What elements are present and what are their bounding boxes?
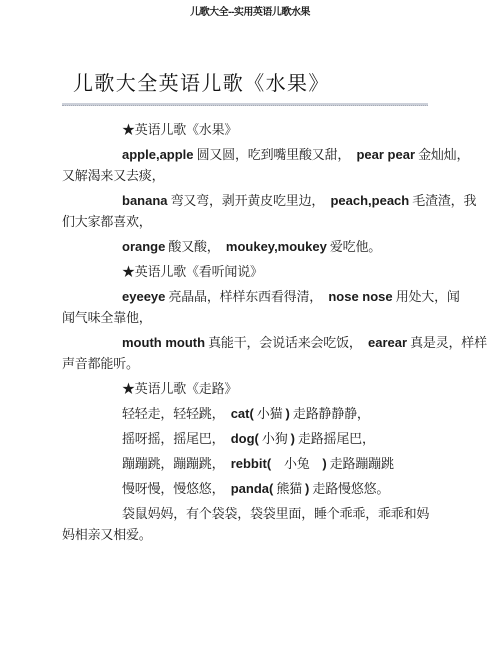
chinese-text-segment: 蹦蹦跳，蹦蹦跳， <box>122 456 231 471</box>
text-line: ★英语儿歌《走路》 <box>62 378 438 399</box>
chinese-text-segment: 又解渴来又去痰， <box>62 168 164 183</box>
english-text-segment: apple,apple <box>122 147 194 162</box>
chinese-text-segment: 毛渣渣，我 <box>409 193 476 208</box>
paragraph: 蹦蹦跳，蹦蹦跳， rebbit( 小兔 ) 走路蹦蹦跳 <box>62 453 438 474</box>
chinese-text-segment: 金灿灿， <box>415 147 469 162</box>
chinese-text-segment: 熊猫 <box>273 481 305 496</box>
title-rule <box>62 103 428 106</box>
chinese-text-segment: 真是灵，样样 <box>407 335 487 350</box>
english-text-segment: moukey,moukey <box>226 239 327 254</box>
text-line: 摇呀摇，摇尾巴， dog( 小狗 ) 走路摇尾巴， <box>62 428 438 449</box>
chinese-text-segment: 声音都能听。 <box>62 356 139 371</box>
chinese-text-segment: 小猫 <box>254 406 286 421</box>
paragraph: mouth mouth 真能干，会说话来会吃饭， earear 真是灵，样样声音… <box>62 332 438 374</box>
chinese-text-segment: 走路摇尾巴， <box>295 431 375 446</box>
paragraph: banana 弯又弯，剥开黄皮吃里边， peach,peach 毛渣渣，我们大家… <box>62 190 438 232</box>
text-line: 们大家都喜欢， <box>62 211 438 232</box>
text-line: 又解渴来又去痰， <box>62 165 438 186</box>
chinese-text-segment: 圆又圆，吃到嘴里酸又甜， <box>194 147 357 162</box>
english-text-segment: mouth mouth <box>122 335 205 350</box>
text-line: 闻气味全靠他， <box>62 307 438 328</box>
doc-header: 儿歌大全--实用英语儿歌水果 <box>0 0 500 18</box>
chinese-text-segment: 走路蹦蹦跳 <box>327 456 394 471</box>
chinese-text-segment: ★英语儿歌《水果》 <box>122 122 237 137</box>
chinese-text-segment: 走路慢悠悠。 <box>309 481 389 496</box>
paragraph: 袋鼠妈妈，有个袋袋，袋袋里面，睡个乖乖，乖乖和妈妈相亲又相爱。 <box>62 503 438 545</box>
document-body: ★英语儿歌《水果》apple,apple 圆又圆，吃到嘴里酸又甜， pear p… <box>62 119 438 545</box>
chinese-text-segment: 慢呀慢，慢悠悠， <box>122 481 231 496</box>
text-line: ★英语儿歌《水果》 <box>62 119 438 140</box>
paragraph: eyeeye 亮晶晶，样样东西看得清， nose nose 用处大，闻闻气味全靠… <box>62 286 438 328</box>
text-line: 慢呀慢，慢悠悠， panda( 熊猫 ) 走路慢悠悠。 <box>62 478 438 499</box>
text-line: eyeeye 亮晶晶，样样东西看得清， nose nose 用处大，闻 <box>62 286 438 307</box>
section-heading: ★英语儿歌《水果》 <box>62 119 438 140</box>
section-heading: ★英语儿歌《看听闻说》 <box>62 261 438 282</box>
text-line: 声音都能听。 <box>62 353 438 374</box>
page-title: 儿歌大全英语儿歌《水果》 <box>73 70 438 98</box>
chinese-text-segment: 小兔 <box>271 456 322 471</box>
english-text-segment: eyeeye <box>122 289 165 304</box>
chinese-text-segment: 闻气味全靠他， <box>62 310 152 325</box>
english-text-segment: nose nose <box>328 289 392 304</box>
page-content: 儿歌大全英语儿歌《水果》 ★英语儿歌《水果》apple,apple 圆又圆，吃到… <box>0 70 500 545</box>
chinese-text-segment: ★英语儿歌《看听闻说》 <box>122 264 263 279</box>
text-line: apple,apple 圆又圆，吃到嘴里酸又甜， pear pear 金灿灿， <box>62 144 438 165</box>
chinese-text-segment: 们大家都喜欢， <box>62 214 152 229</box>
chinese-text-segment: 酸又酸， <box>165 239 226 254</box>
english-text-segment: dog( <box>231 431 259 446</box>
english-text-segment: banana <box>122 193 168 208</box>
chinese-text-segment: 亮晶晶，样样东西看得清， <box>165 289 328 304</box>
chinese-text-segment: 弯又弯，剥开黄皮吃里边， <box>168 193 331 208</box>
paragraph: orange 酸又酸， moukey,moukey 爱吃他。 <box>62 236 438 257</box>
chinese-text-segment: 走路静静静， <box>290 406 370 421</box>
english-text-segment: pear pear <box>356 147 415 162</box>
chinese-text-segment: 袋鼠妈妈，有个袋袋，袋袋里面，睡个乖乖，乖乖和妈 <box>122 506 429 521</box>
chinese-text-segment: 小狗 <box>259 431 291 446</box>
english-text-segment: rebbit( <box>231 456 271 471</box>
text-line: 蹦蹦跳，蹦蹦跳， rebbit( 小兔 ) 走路蹦蹦跳 <box>62 453 438 474</box>
english-text-segment: panda( <box>231 481 274 496</box>
paragraph: apple,apple 圆又圆，吃到嘴里酸又甜， pear pear 金灿灿，又… <box>62 144 438 186</box>
chinese-text-segment: 摇呀摇，摇尾巴， <box>122 431 231 446</box>
text-line: 袋鼠妈妈，有个袋袋，袋袋里面，睡个乖乖，乖乖和妈 <box>62 503 438 524</box>
text-line: 妈相亲又相爱。 <box>62 524 438 545</box>
chinese-text-segment: 妈相亲又相爱。 <box>62 527 152 542</box>
english-text-segment: earear <box>368 335 407 350</box>
english-text-segment: cat( <box>231 406 254 421</box>
chinese-text-segment: 用处大，闻 <box>393 289 460 304</box>
paragraph: 轻轻走，轻轻跳， cat( 小猫 ) 走路静静静， <box>62 403 438 424</box>
english-text-segment: orange <box>122 239 165 254</box>
text-line: orange 酸又酸， moukey,moukey 爱吃他。 <box>62 236 438 257</box>
paragraph: 慢呀慢，慢悠悠， panda( 熊猫 ) 走路慢悠悠。 <box>62 478 438 499</box>
section-heading: ★英语儿歌《走路》 <box>62 378 438 399</box>
text-line: ★英语儿歌《看听闻说》 <box>62 261 438 282</box>
english-text-segment: peach,peach <box>330 193 409 208</box>
text-line: banana 弯又弯，剥开黄皮吃里边， peach,peach 毛渣渣，我 <box>62 190 438 211</box>
chinese-text-segment: 真能干，会说话来会吃饭， <box>205 335 368 350</box>
chinese-text-segment: 爱吃他。 <box>327 239 381 254</box>
text-line: 轻轻走，轻轻跳， cat( 小猫 ) 走路静静静， <box>62 403 438 424</box>
text-line: mouth mouth 真能干，会说话来会吃饭， earear 真是灵，样样 <box>62 332 438 353</box>
chinese-text-segment: ★英语儿歌《走路》 <box>122 381 237 396</box>
chinese-text-segment: 轻轻走，轻轻跳， <box>122 406 231 421</box>
paragraph: 摇呀摇，摇尾巴， dog( 小狗 ) 走路摇尾巴， <box>62 428 438 449</box>
